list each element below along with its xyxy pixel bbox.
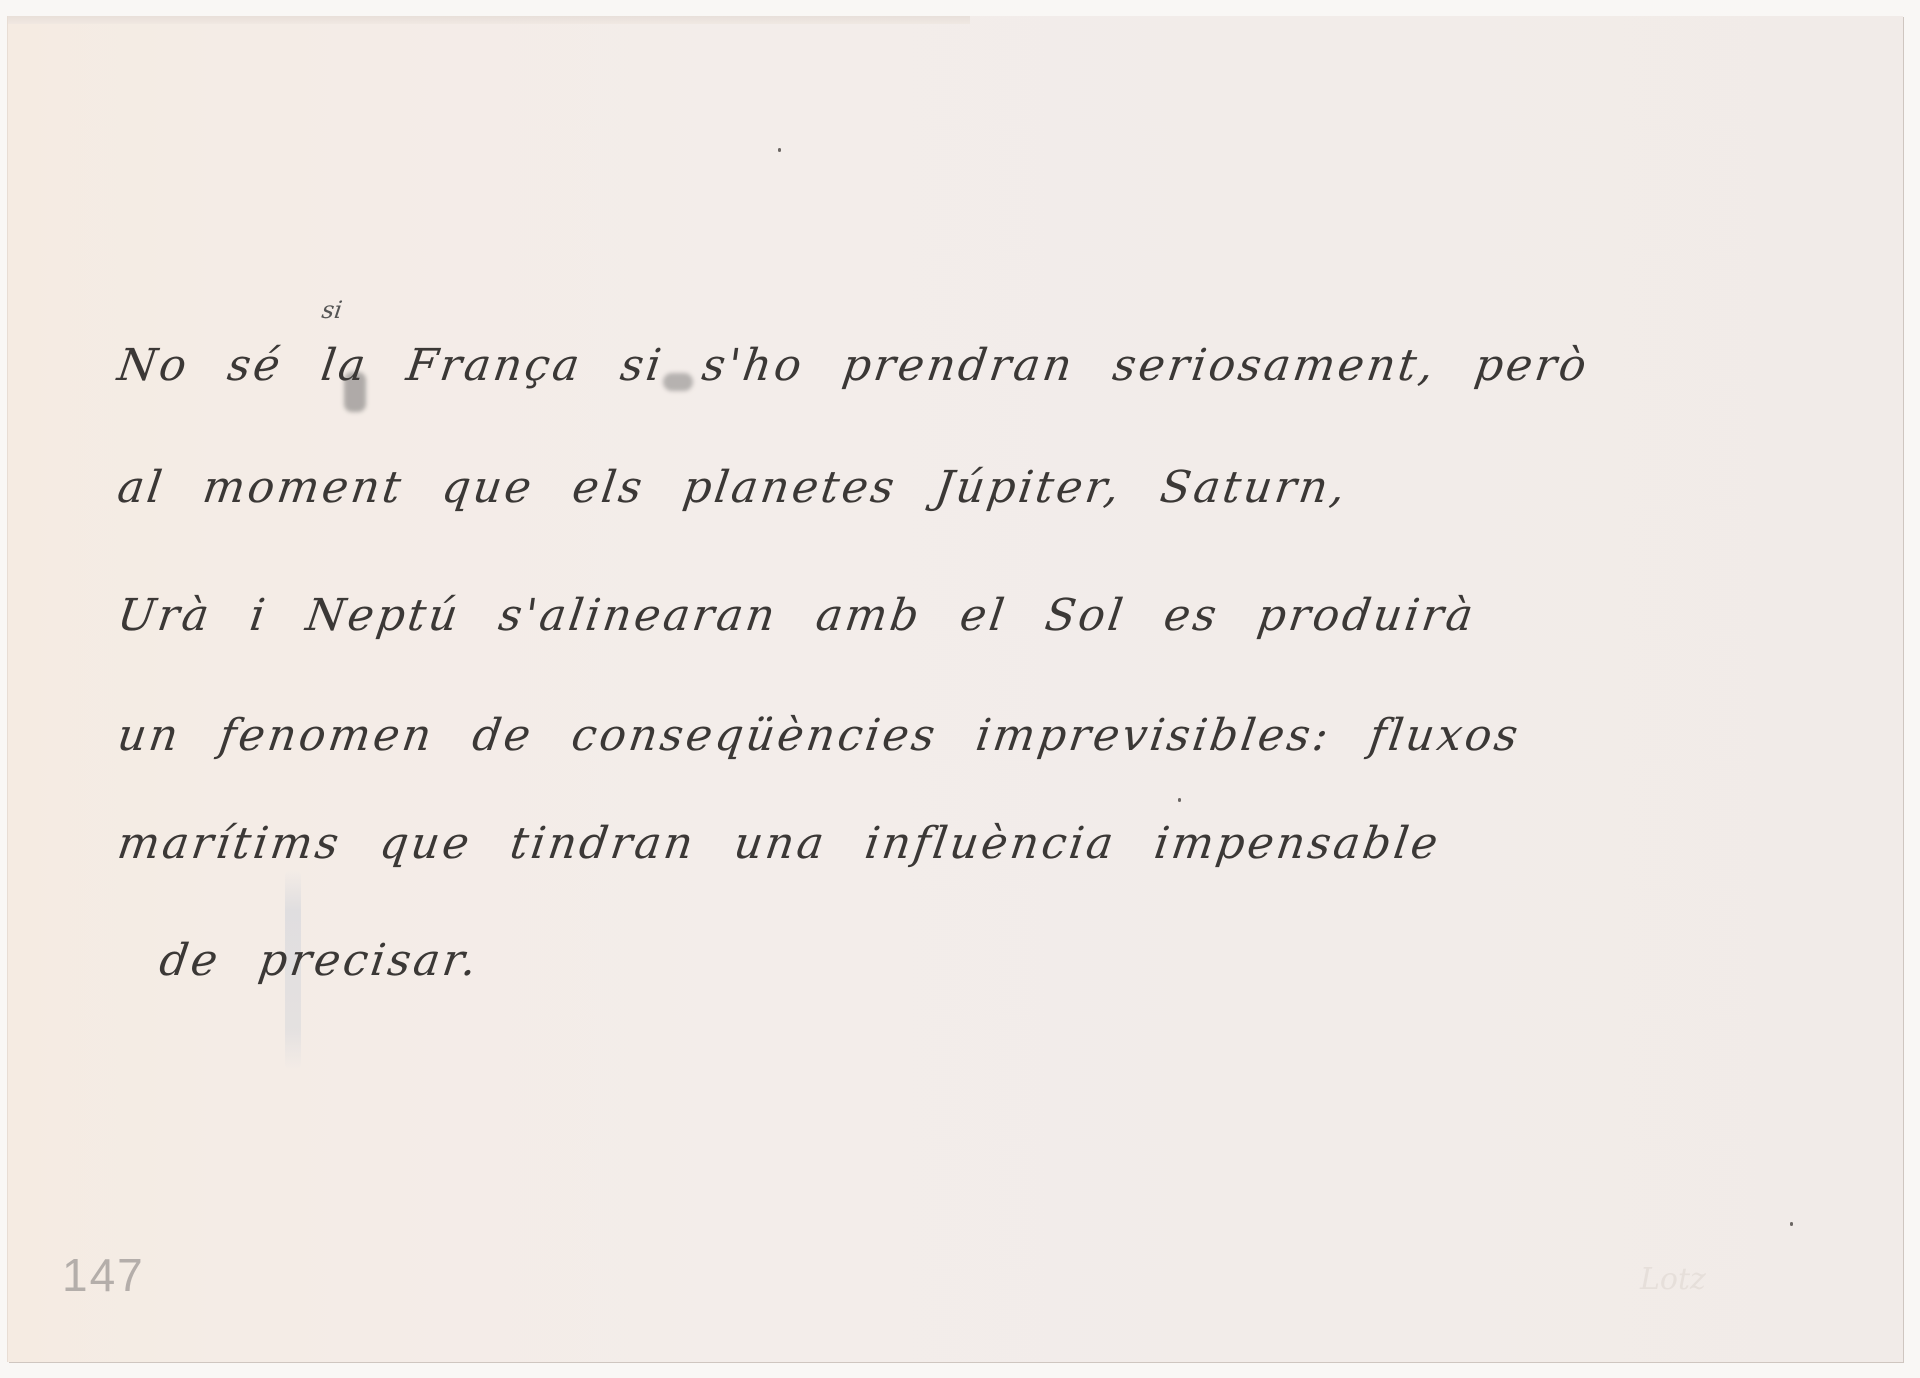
letter-line-5: marítims que tindran una influència impe…: [114, 818, 1443, 869]
paper-speck: [1178, 798, 1181, 802]
inserted-correction: si: [320, 296, 344, 324]
letter-line-4: un fenomen de conseqüències imprevisible…: [114, 710, 1523, 761]
handwritten-letter: si No sé la França si s'ho prendran seri…: [0, 0, 1920, 1378]
paper-speck: [778, 148, 781, 152]
letter-line-1: No sé la França si s'ho prendran seriosa…: [114, 340, 1592, 391]
scan-background: si No sé la França si s'ho prendran seri…: [0, 0, 1920, 1378]
letter-line-2: al moment que els planetes Júpiter, Satu…: [114, 462, 1351, 513]
faint-pencil-mark: Lotz: [1640, 1262, 1706, 1297]
archive-page-number: 147: [62, 1248, 145, 1302]
paper-speck: [1790, 1222, 1793, 1226]
letter-line-6: de precisar.: [156, 935, 482, 986]
letter-line-3: Urà i Neptú s'alinearan amb el Sol es pr…: [114, 590, 1479, 641]
